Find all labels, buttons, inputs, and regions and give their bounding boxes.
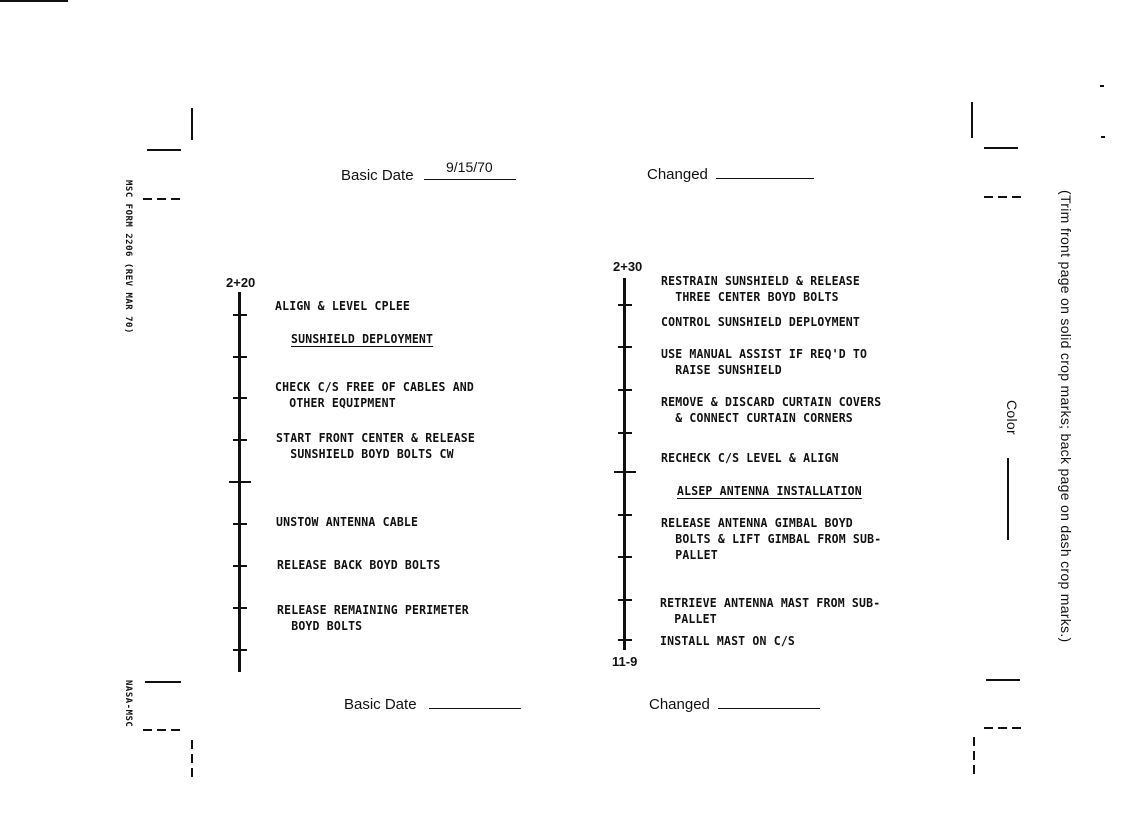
- footer-basic-date: Basic Date: [344, 696, 521, 713]
- basic-date-field[interactable]: [424, 179, 516, 180]
- step-release-antenna-gimbal: RELEASE ANTENNA GIMBAL BOYD BOLTS & LIFT…: [661, 515, 881, 563]
- crop-mark-dash: [984, 196, 1024, 198]
- timeline-tick: [618, 389, 632, 391]
- step-use-manual-assist: USE MANUAL ASSIST IF REQ'D TO RAISE SUNS…: [661, 346, 867, 378]
- timeline-tick: [233, 439, 247, 441]
- timeline-tick: [618, 304, 632, 306]
- section-sunshield-deployment: SUNSHIELD DEPLOYMENT: [291, 331, 433, 347]
- section-alsep-antenna-installation: ALSEP ANTENNA INSTALLATION: [677, 483, 862, 499]
- step-release-remaining-perimeter: RELEASE REMAINING PERIMETER BOYD BOLTS: [277, 602, 469, 634]
- crop-mark-solid: [145, 681, 181, 683]
- form-id-label: MSC FORM 2206 (REV MAR 70): [123, 180, 133, 334]
- crop-mark-dash: [984, 727, 1024, 729]
- crop-mark-solid: [971, 102, 973, 138]
- footer-changed: Changed: [649, 696, 820, 713]
- speck: [1100, 85, 1104, 87]
- header-changed: Changed: [647, 166, 814, 183]
- org-label: NASA-MSC: [123, 680, 133, 727]
- step-release-back-boyd-bolts: RELEASE BACK BOYD BOLTS: [277, 557, 440, 573]
- crop-mark-solid: [191, 108, 193, 140]
- crop-mark-dash: [191, 740, 193, 780]
- crop-mark-dash: [973, 737, 975, 779]
- timeline-tick: [618, 639, 632, 641]
- changed-field[interactable]: [716, 178, 814, 179]
- timeline-tick: [233, 607, 247, 609]
- step-install-mast: INSTALL MAST ON C/S: [660, 633, 795, 649]
- trim-note: (Trim front page on solid crop marks; ba…: [1058, 190, 1074, 643]
- timeline-tick: [233, 523, 247, 525]
- timeline-tick: [618, 514, 632, 516]
- step-check-cs-free: CHECK C/S FREE OF CABLES AND OTHER EQUIP…: [275, 379, 474, 411]
- step-control-sunshield-deployment: CONTROL SUNSHIELD DEPLOYMENT: [661, 314, 860, 330]
- step-align-level-cplee: ALIGN & LEVEL CPLEE: [275, 298, 410, 314]
- start-time-label: 2+30: [613, 259, 642, 274]
- changed-label: Changed: [647, 166, 708, 183]
- timeline-tick: [618, 346, 632, 348]
- timeline-tick: [618, 556, 632, 558]
- crop-mark-solid: [147, 149, 181, 151]
- changed-label: Changed: [649, 696, 710, 713]
- step-unstow-antenna-cable: UNSTOW ANTENNA CABLE: [276, 514, 418, 530]
- timeline-tick: [233, 356, 247, 358]
- color-label: Color: [1004, 400, 1020, 435]
- step-restrain-sunshield: RESTRAIN SUNSHIELD & RELEASE THREE CENTE…: [661, 273, 860, 305]
- color-blank: [1007, 458, 1009, 540]
- crop-mark-solid: [984, 147, 1018, 149]
- step-start-front-center: START FRONT CENTER & RELEASE SUNSHIELD B…: [276, 430, 475, 462]
- step-retrieve-antenna-mast: RETRIEVE ANTENNA MAST FROM SUB- PALLET: [660, 595, 880, 627]
- timeline-tick: [233, 649, 247, 651]
- crop-mark-dash: [143, 729, 183, 731]
- corner-bar: [0, 0, 68, 2]
- timeline-tick-major: [229, 481, 251, 483]
- changed-field[interactable]: [718, 708, 820, 709]
- page-number: 11-9: [612, 654, 637, 669]
- timeline-tick: [618, 599, 632, 601]
- timeline-tick: [233, 397, 247, 399]
- timeline-tick: [233, 565, 247, 567]
- step-remove-discard-curtain-covers: REMOVE & DISCARD CURTAIN COVERS & CONNEC…: [661, 394, 881, 426]
- basic-date-label: Basic Date: [344, 696, 417, 713]
- timeline-axis: [623, 278, 626, 650]
- basic-date-label: Basic Date: [341, 167, 414, 184]
- basic-date-field[interactable]: [429, 708, 521, 709]
- speck: [1101, 136, 1105, 138]
- step-recheck-cs-level: RECHECK C/S LEVEL & ALIGN: [661, 450, 839, 466]
- timeline-tick: [618, 432, 632, 434]
- basic-date-value: 9/15/70: [446, 159, 493, 175]
- timeline-tick-major: [614, 471, 636, 473]
- crop-mark-solid: [986, 679, 1020, 681]
- start-time-label: 2+20: [226, 275, 255, 290]
- timeline-tick: [233, 314, 247, 316]
- crop-mark-dash: [143, 198, 183, 200]
